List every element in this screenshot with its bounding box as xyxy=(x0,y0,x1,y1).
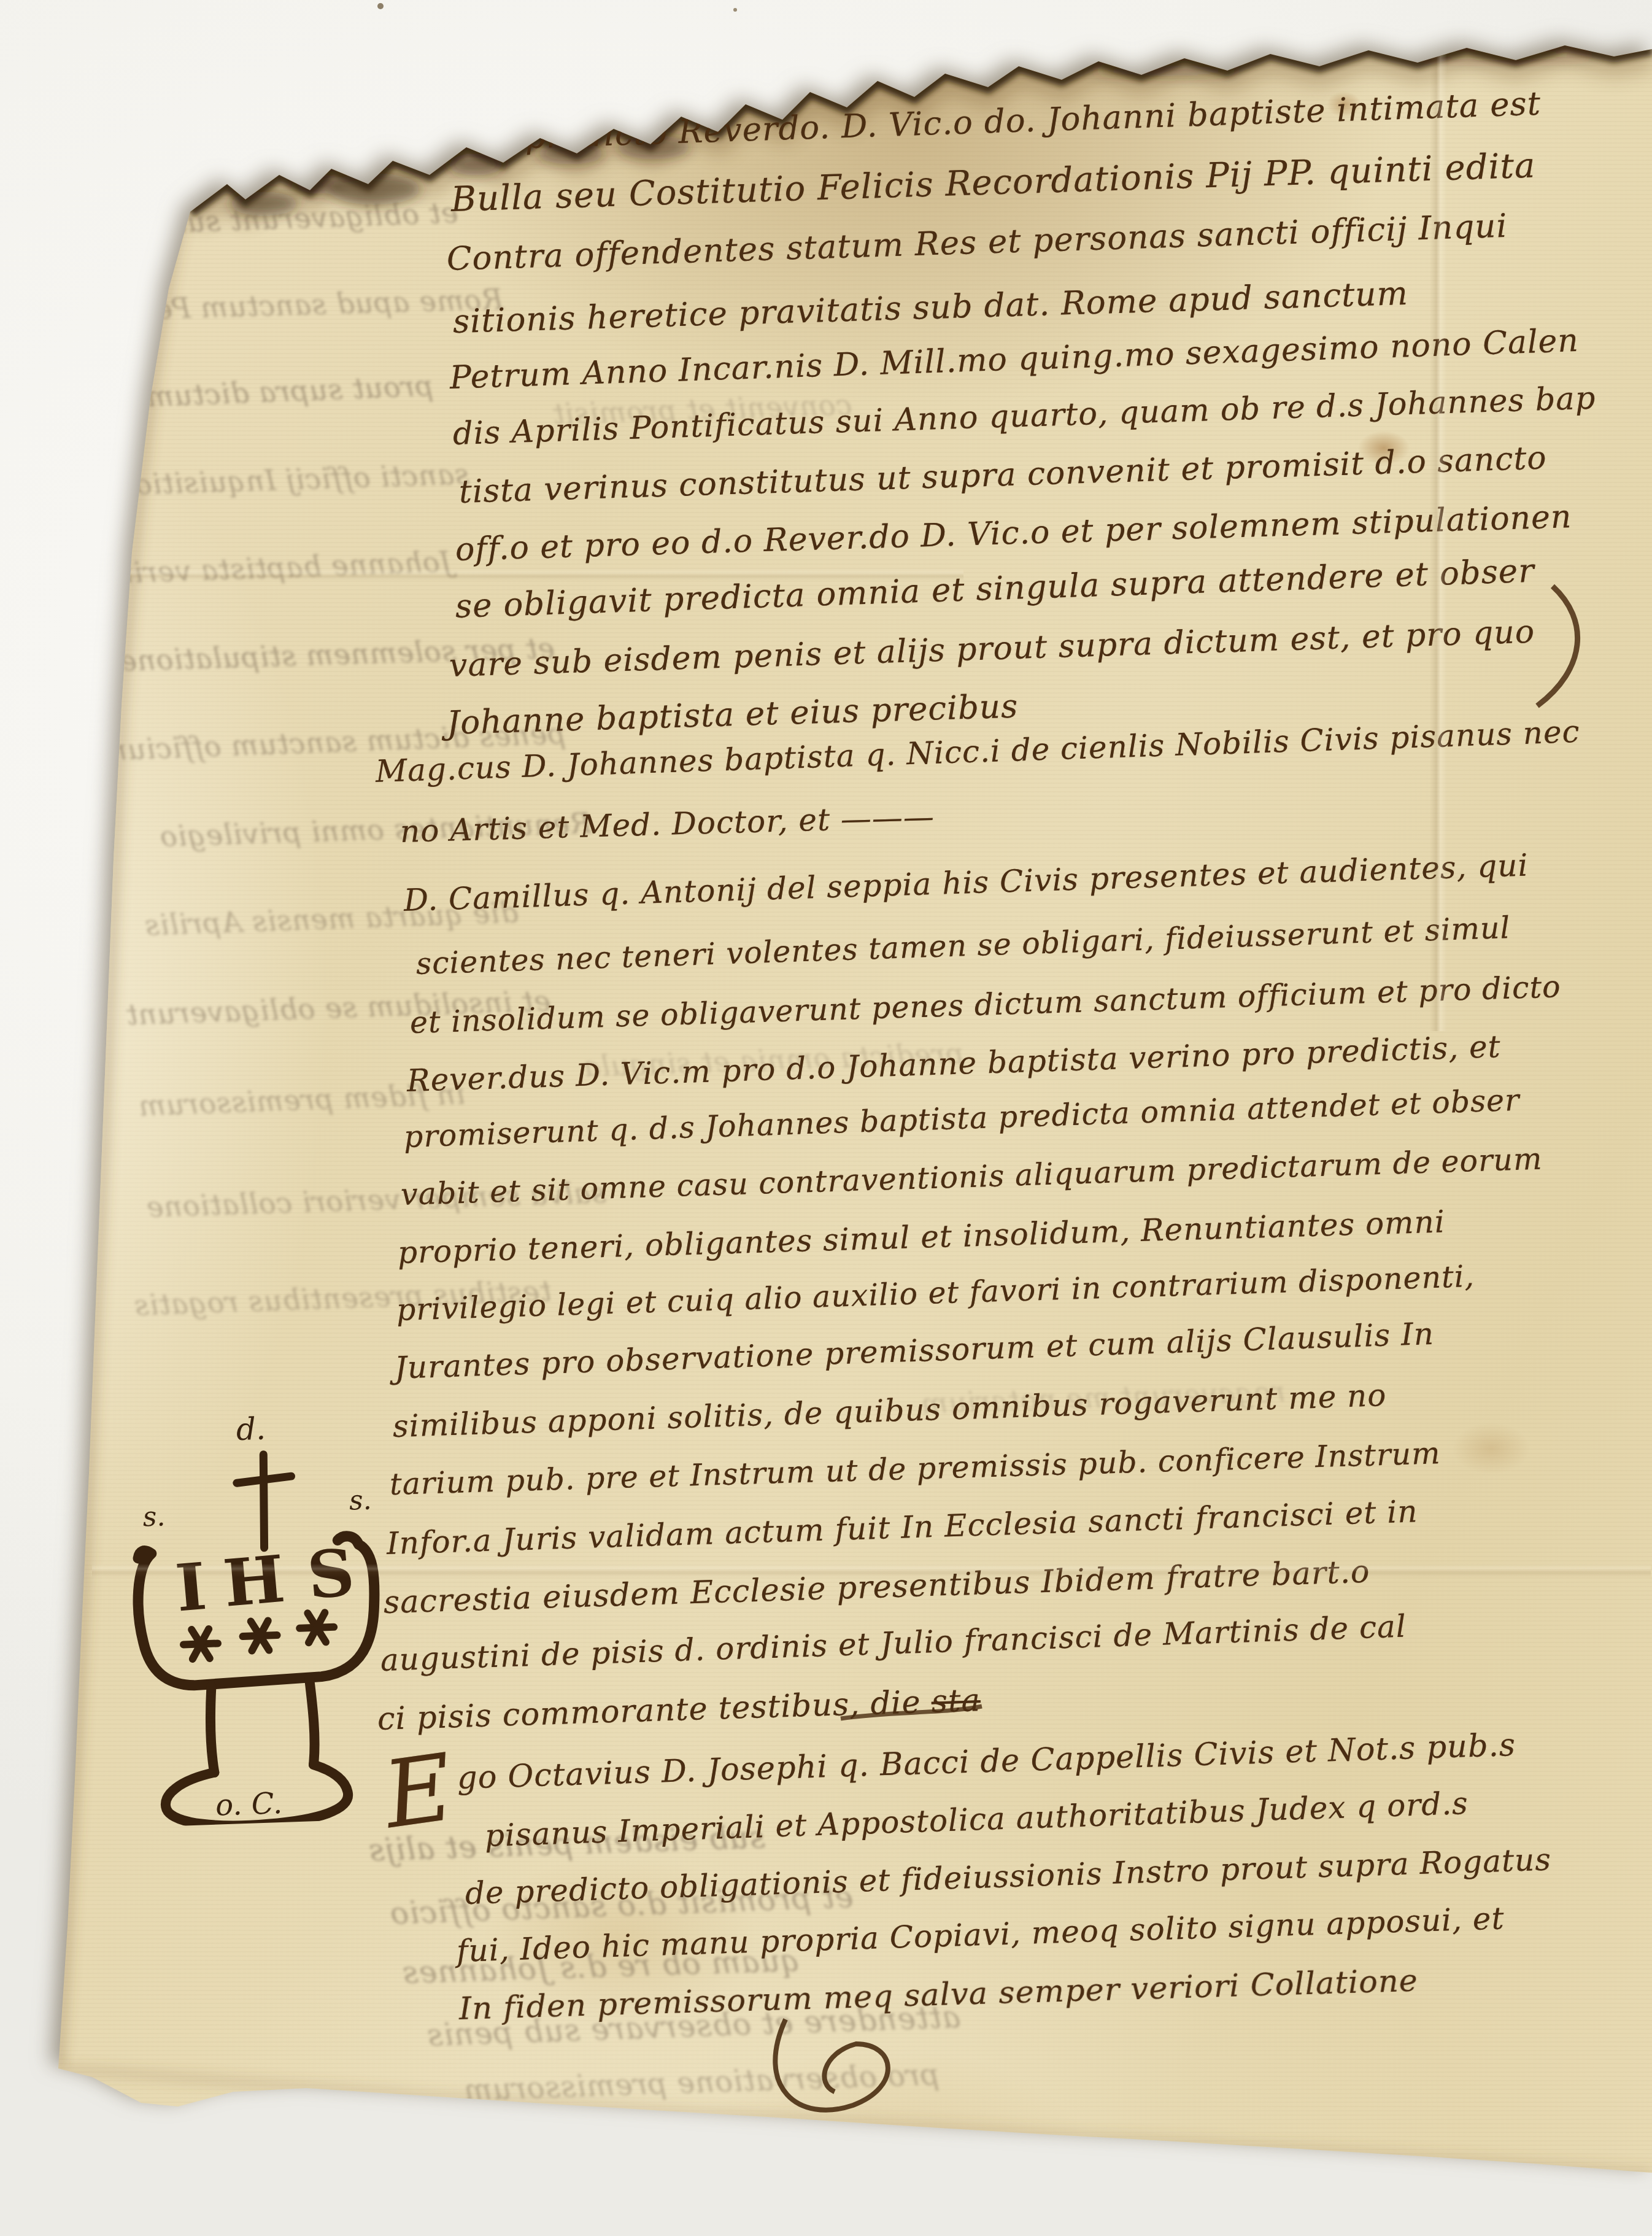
monogram-letter-s: S xyxy=(304,1534,357,1614)
chalice-base-letters: o. C. xyxy=(215,1786,283,1823)
bleedthrough-line: Rome apud sanctum Petrum xyxy=(82,282,503,327)
text-line: tista verinus constitutus ut supra conve… xyxy=(458,439,1547,511)
bleedthrough-line: pro observatione premissorum xyxy=(463,2057,940,2108)
text-line: scientes nec teneri volentes tamen se ob… xyxy=(415,910,1511,981)
text-line: dis Aprilis Pontificatus sui Anno quarto… xyxy=(452,380,1596,452)
manuscript-scan: et obligaverunt sub pena Rome apud sanct… xyxy=(0,0,1652,2236)
text-line: similibus apponi solitis, de quibus omni… xyxy=(392,1377,1387,1444)
text-line: Johanne baptista et eius precibus xyxy=(446,687,1019,742)
text-line: et insolidum se obligaverunt penes dictu… xyxy=(409,969,1561,1040)
text-line: ci pisis commorante testibus, die sta xyxy=(377,1682,981,1738)
text-line: privilegio legi et cuiq alio auxilio et … xyxy=(396,1259,1475,1328)
paper-sheet: et obligaverunt sub pena Rome apud sanct… xyxy=(0,0,1652,2236)
text-line: tarium pub. pre et Instrum ut de premiss… xyxy=(389,1436,1441,1502)
text-line: vare sub eisdem penis et alijs prout sup… xyxy=(449,613,1535,684)
strikethrough-word: sta xyxy=(931,1682,981,1720)
text-line: go Octavius D. Josephi q. Bacci de Cappe… xyxy=(457,1727,1516,1797)
text-line: augustini de pisis d. ordinis et Julio f… xyxy=(380,1609,1407,1678)
bleedthrough-line: Johanne baptista verino xyxy=(96,545,452,590)
paper-shadow-wrap: et obligaverunt sub pena Rome apud sanct… xyxy=(0,0,1652,2236)
margin-flourish xyxy=(1537,586,1578,706)
bleedthrough-line: et obligaverunt sub pena xyxy=(85,196,458,242)
text-line: vabit et sit omne casu contraventionis a… xyxy=(400,1142,1543,1212)
text-line: pisanus Imperiali et Appostolica authori… xyxy=(484,1785,1469,1854)
text-line: proprio teneri, obligantes simul et inso… xyxy=(397,1204,1445,1271)
monogram-letter-i: I xyxy=(172,1548,209,1627)
text-line: Bulla seu Costitutio Felicis Recordation… xyxy=(450,145,1536,220)
chalice-stem xyxy=(209,1679,315,1773)
bleedthrough-line: prout supra dictum est xyxy=(91,369,434,415)
text-line: sacrestia eiusdem Ecclesie presentibus I… xyxy=(383,1553,1370,1620)
text-line: a predicto Reverdo. D. Vic.o do. Johanni… xyxy=(493,85,1542,157)
notary-sign-right-letter: s. xyxy=(349,1485,372,1517)
bleedthrough-line: sancti officij Inquisitionis xyxy=(90,457,469,502)
text-line: D. Camillus q. Antonij del seppia his Ci… xyxy=(403,847,1529,918)
text-line: Contra offendentes statum Res et persona… xyxy=(446,207,1508,278)
text-line: Infor.a Juris validam actum fuit In Eccl… xyxy=(386,1493,1418,1561)
notary-sign-left-letter: s. xyxy=(142,1501,166,1533)
monogram-letter-h: H xyxy=(220,1541,288,1622)
cross-icon xyxy=(236,1453,293,1549)
notary-sign-top-letter: d. xyxy=(236,1411,266,1448)
text-line-fragment: ci pisis commorante testibus, die xyxy=(377,1684,932,1738)
notary-sign: d. s. s. I H S xyxy=(109,1388,412,1828)
text-line: sitionis heretice pravitatis sub dat. Ro… xyxy=(452,275,1408,341)
text-line: no Artis et Med. Doctor, et ——— xyxy=(399,799,935,849)
ihs-monogram: I H S xyxy=(172,1534,358,1627)
